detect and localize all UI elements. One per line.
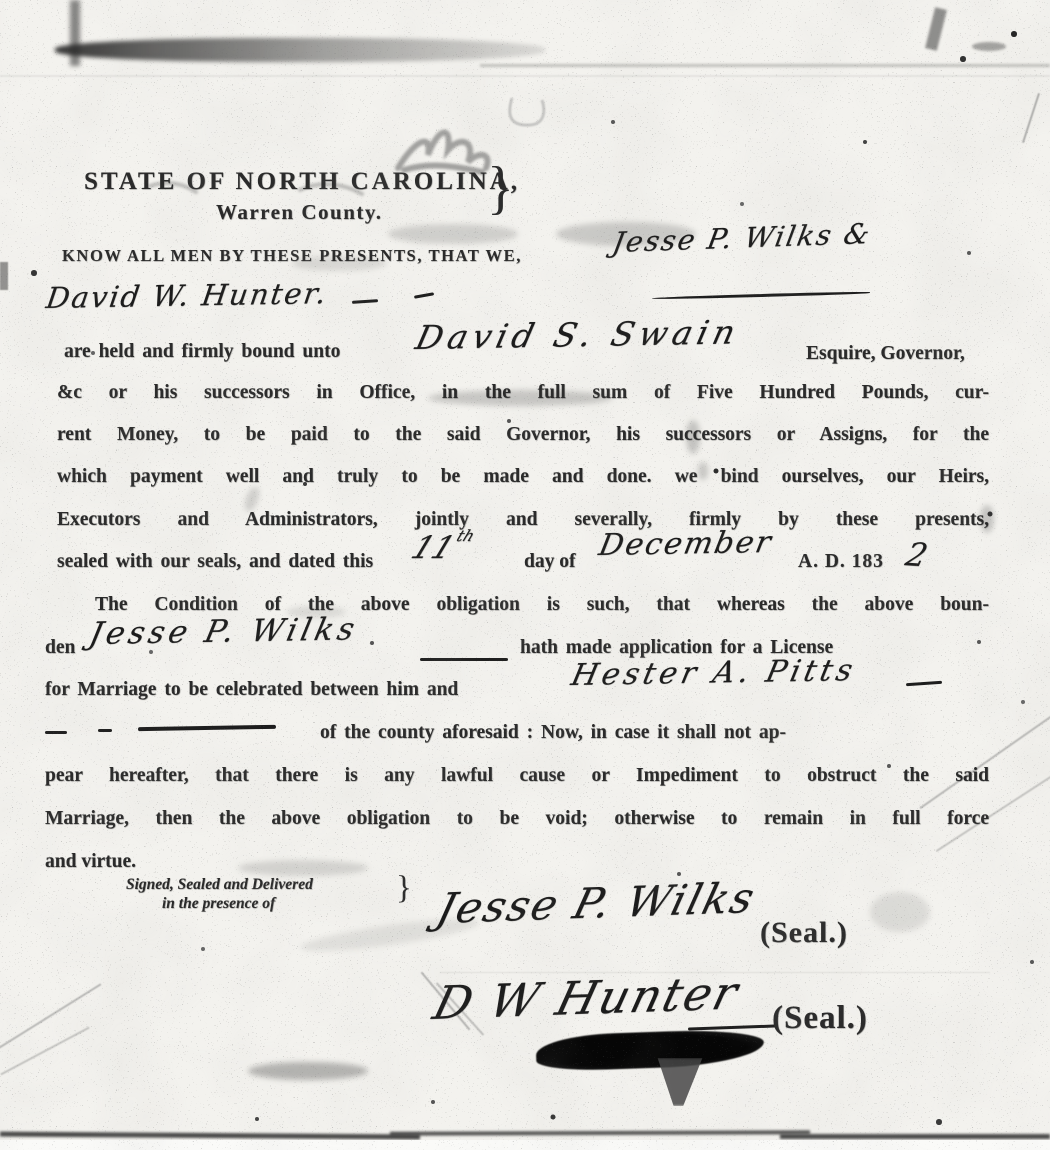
marriage-bond-document: STATE OF NORTH CAROLINA, } Warren County… <box>0 0 1050 1150</box>
esquire-governor-text: Esquire, Governor, <box>806 343 965 365</box>
top-right-mark-2 <box>972 42 1006 51</box>
county-aforesaid-text: of the county aforesaid : Now, in case i… <box>320 722 786 744</box>
year-digit-handwritten: 2 <box>902 535 931 574</box>
attestation-brace: } <box>396 870 412 907</box>
pen-dash-long <box>138 725 276 731</box>
top-right-mark <box>925 7 947 51</box>
signature-tail-stroke <box>688 1024 776 1030</box>
pen-dash <box>45 731 67 734</box>
top-edge-line <box>480 64 1050 67</box>
scratch <box>0 983 101 1048</box>
day-number: 11 <box>406 530 460 566</box>
bound-unto-text: are held and firmly bound unto <box>64 341 340 363</box>
day-of-text: day of <box>524 551 575 573</box>
body-line-money: rent Money, to be paid to the said Gover… <box>57 424 989 446</box>
smudge <box>388 224 518 244</box>
ad-year-text: A. D. 183 <box>798 551 884 573</box>
month-handwritten: December <box>596 525 776 563</box>
dust-specks <box>0 0 2 2</box>
bottom-edge-line <box>390 1130 810 1135</box>
impediment-line: pear hereafter, that there is any lawful… <box>45 765 989 787</box>
attestation-line-1: Signed, Sealed and Delivered <box>126 876 313 894</box>
pen-dash-long <box>420 658 508 661</box>
marriage-celebrated-text: for Marriage to be celebrated between hi… <box>45 679 458 701</box>
smudge <box>248 1062 368 1080</box>
top-edge-smudge <box>55 38 545 62</box>
day-handwritten: 11th <box>406 530 476 566</box>
scratch <box>0 1027 89 1076</box>
void-line: Marriage, then the above obligation to b… <box>45 808 989 830</box>
top-left-vertical-streak <box>70 0 80 66</box>
bottom-edge-line <box>0 1132 420 1140</box>
den-text: den <box>45 637 75 659</box>
faint-scan-line <box>0 75 1050 77</box>
bottom-edge-line <box>780 1134 1050 1139</box>
body-line-executors: Executors and Administrators, jointly an… <box>57 509 989 531</box>
right-edge-curve <box>1022 93 1040 143</box>
virtue-line: and virtue. <box>45 851 136 873</box>
state-title: STATE OF NORTH CAROLINA, <box>84 168 520 196</box>
scratch <box>0 262 8 290</box>
smudge <box>238 860 368 876</box>
signature-bondsman1: Jesse P. Wilks <box>432 873 761 933</box>
header-brace: } <box>487 154 514 221</box>
body-line-successors: &c or his successors in Office, in the f… <box>57 382 989 404</box>
signature-bondsman2: D W Hunter <box>428 966 745 1030</box>
groom-handwritten-name: Jesse P. Wilks <box>86 611 362 652</box>
seal-label-2: (Seal.) <box>772 1000 868 1037</box>
pen-underline <box>652 291 870 299</box>
below-fold-strip <box>0 1140 1050 1150</box>
sealed-dated-text: sealed with our seals, and dated this <box>57 551 373 573</box>
smudge <box>870 892 930 932</box>
know-all-men-line: KNOW ALL MEN BY THESE PRESENTS, THAT WE, <box>62 246 522 266</box>
pen-dash <box>414 292 434 298</box>
pen-dash <box>352 299 378 303</box>
attestation-line-2: in the presence of <box>162 895 275 913</box>
governor-handwritten-name: David S. Swain <box>412 312 744 357</box>
county-title: Warren County. <box>216 200 382 225</box>
body-line-payment: which payment well and truly to be made … <box>57 466 989 488</box>
bondsman2-handwritten-name: David W. Hunter. <box>44 276 330 315</box>
scratch <box>919 713 1050 809</box>
bride-handwritten-name: Hester A. Pitts <box>568 653 860 693</box>
seal-label-1: (Seal.) <box>760 916 848 950</box>
ink-blot <box>535 1028 764 1072</box>
pen-dash <box>906 681 942 686</box>
pen-dash <box>98 729 112 732</box>
